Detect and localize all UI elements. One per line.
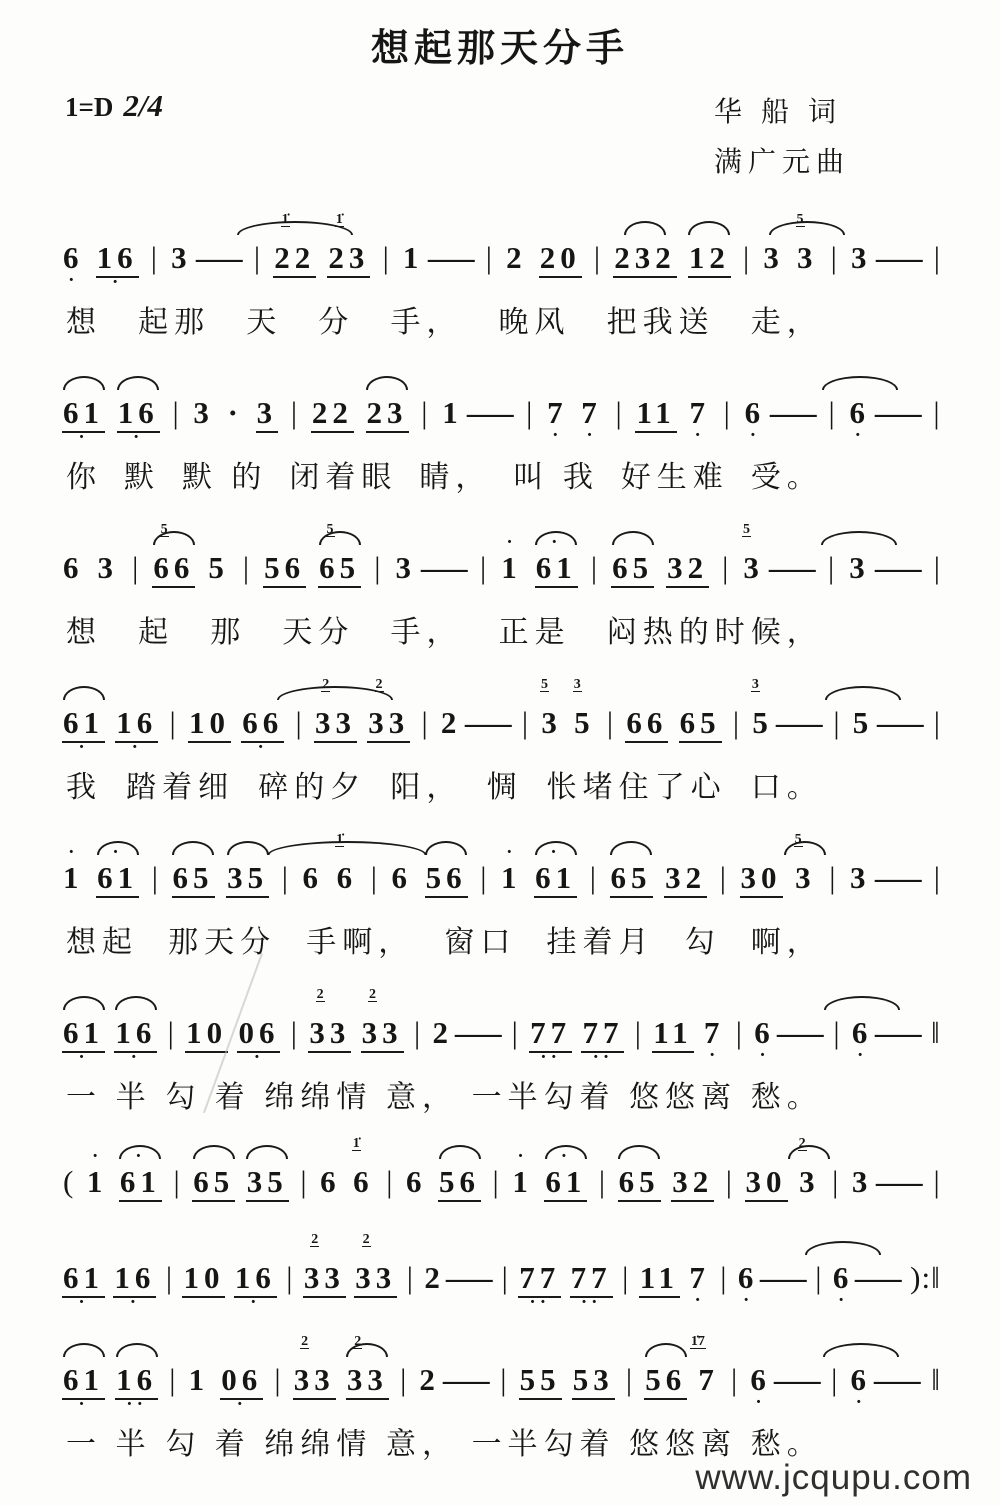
octave-dot-above	[382, 228, 391, 240]
note-token: ·61	[534, 848, 577, 910]
music-system-6: 61· 16· | 10 06· | 2 33 2 33 | 2 — | 77·…	[62, 1003, 942, 1118]
octave-dot-below: ·	[755, 1398, 765, 1410]
octave-dot-below	[328, 433, 337, 445]
note-token: 16·	[113, 1248, 156, 1310]
note-token: 5	[207, 538, 230, 598]
octave-dot-above	[430, 1248, 439, 1260]
octave-dot-above	[525, 383, 534, 395]
octave-dot-above	[535, 1248, 544, 1260]
octave-dot-below	[507, 586, 516, 598]
octave-dot-below	[536, 1400, 545, 1412]
grace-note: 2	[798, 1137, 807, 1151]
music-system-3: 6 3 | 5 66 5 | 56 5 65 | 3 — | ·1 ·61 | …	[62, 538, 942, 653]
notes-row: 61· 16· | 10 66· | 2 33 2 33 | 2 — | 5 3…	[62, 693, 942, 755]
octave-dot-below: ·	[709, 1051, 719, 1063]
octave-dot-above	[756, 1350, 765, 1362]
octave-dot-above	[521, 693, 530, 705]
octave-dot-above	[589, 848, 598, 860]
note-token: 6·	[848, 383, 871, 443]
octave-dot-below	[172, 431, 181, 443]
octave-dot-below: ··	[540, 1053, 561, 1065]
octave-dot-below	[556, 278, 565, 290]
barline: |	[742, 228, 751, 288]
octave-dot-above	[478, 1003, 487, 1015]
note-token: 30	[745, 1152, 788, 1214]
note-token: ·1	[511, 1152, 534, 1212]
octave-dot-above	[587, 1248, 596, 1260]
octave-dot-below	[730, 1398, 739, 1410]
note-token: —	[784, 693, 822, 753]
note-token: 2 33	[361, 1003, 404, 1065]
note-token: 22	[311, 383, 354, 445]
octave-dot-above	[899, 1152, 908, 1164]
octave-dot-below	[421, 741, 430, 753]
lyric-group: 受。	[751, 458, 823, 498]
note-token: 12	[688, 228, 731, 290]
note-token: —	[454, 1248, 492, 1308]
octave-dot-above	[831, 1152, 840, 1164]
octave-dot-above	[406, 1248, 415, 1260]
grace-note: 2	[316, 988, 325, 1002]
note-text: —	[873, 550, 930, 586]
octave-dot-below	[399, 1398, 408, 1410]
note-token: 6·	[749, 1350, 772, 1410]
octave-dot-below	[406, 1296, 415, 1308]
grace-note: 5	[742, 523, 751, 537]
note-text: —	[454, 1015, 511, 1051]
octave-dot-below	[485, 276, 494, 288]
note-token: 1	[441, 383, 464, 443]
octave-dot-above	[599, 1003, 608, 1015]
barline: |	[150, 228, 159, 288]
octave-dot-above	[625, 1350, 634, 1362]
barline: |	[735, 1003, 744, 1063]
note-token: —	[885, 693, 923, 753]
octave-dot-below	[308, 896, 317, 908]
octave-dot-below	[371, 1298, 380, 1310]
octave-dot-below	[167, 1051, 176, 1063]
octave-dot-below	[621, 1296, 630, 1308]
octave-dot-above	[150, 228, 159, 240]
grace-note: 3	[751, 678, 760, 692]
octave-dot-above	[290, 1003, 299, 1015]
octave-dot-below	[792, 431, 801, 443]
notes-row: 61· 16· | 3 · 3 | 22 23 | 1 — | 7· 7· | …	[62, 383, 942, 445]
octave-dot-below: ·	[132, 743, 142, 755]
slur-arc	[227, 841, 269, 855]
note-text: —	[873, 1362, 930, 1398]
note-token: 16··	[115, 1350, 158, 1412]
octave-dot-above	[310, 1350, 319, 1362]
note-token: 5 3	[742, 538, 765, 598]
note-token: 61·	[62, 1003, 105, 1065]
octave-dot-above	[200, 1248, 209, 1260]
barline: |	[719, 1248, 728, 1308]
lyrics-row: 我踏着细碎的夕阳，惆怅堵住了心口。	[62, 755, 823, 808]
lyric-group: 天	[246, 303, 282, 343]
slur-arc	[63, 1343, 105, 1357]
note-token: 7·	[688, 383, 711, 443]
octave-dot-above	[172, 383, 181, 395]
barline: |	[399, 1350, 408, 1410]
octave-dot-below	[877, 1296, 886, 1308]
octave-dot-above	[255, 1003, 264, 1015]
lyric-group: 起	[138, 613, 174, 653]
octave-dot-above	[830, 228, 839, 240]
music-system-7: ( ·1 ·61 | 65 35 | 6 1̇ 6 | 6 56 | ·1 ·6…	[62, 1152, 942, 1214]
slur-arc	[612, 531, 654, 545]
note-token: —	[883, 1003, 921, 1063]
octave-dot-above	[792, 383, 801, 395]
octave-dot-below	[231, 431, 240, 443]
grace-note: 1̇7	[690, 1335, 706, 1349]
octave-dot-below	[200, 1298, 209, 1310]
octave-dot-below	[800, 1051, 809, 1063]
octave-dot-below	[173, 1200, 182, 1212]
lyric-group: 闭着眼	[289, 458, 397, 498]
notes-row: 6 3 | 5 66 5 | 56 5 65 | 3 — | ·1 ·61 | …	[62, 538, 942, 600]
lyric-group: 我	[66, 768, 102, 808]
note-token: 6·	[851, 1003, 874, 1063]
octave-dot-below	[300, 1200, 309, 1212]
octave-dot-above	[933, 848, 942, 860]
octave-dot-below	[274, 1398, 283, 1410]
slur-arc	[624, 221, 666, 235]
note-token: 6	[319, 1152, 342, 1212]
octave-dot-below	[280, 588, 289, 600]
note-token: 61·	[62, 1350, 105, 1412]
lyric-group: 正是	[499, 613, 571, 653]
note-token: ·1	[86, 1152, 109, 1212]
grace-note: 5	[160, 523, 169, 537]
note-token: ·1	[62, 848, 85, 908]
octave-dot-above	[897, 383, 906, 395]
octave-dot-above	[856, 848, 865, 860]
note-token: 6·	[832, 1248, 855, 1308]
octave-dot-below	[898, 276, 907, 288]
note-token: —	[777, 538, 815, 598]
barline: |	[373, 538, 382, 598]
note-token: 2 33	[303, 1248, 346, 1310]
music-system-8: 61· 16· | 10 16· | 2 33 2 33 | 2 — | 77·…	[62, 1248, 942, 1310]
note-token: 56	[425, 848, 468, 910]
octave-dot-above	[556, 228, 565, 240]
octave-dot-below	[518, 1200, 527, 1212]
note-token: 2	[423, 1248, 446, 1308]
note-token: 2	[431, 1003, 454, 1063]
octave-dot-below	[385, 1200, 394, 1212]
octave-dot-above	[300, 1152, 309, 1164]
lyric-group: 晚风	[499, 303, 571, 343]
octave-dot-above	[642, 693, 651, 705]
grace-note: 2	[353, 1335, 362, 1349]
barline: |	[593, 228, 602, 288]
octave-dot-below	[359, 1200, 368, 1212]
octave-dot-below	[769, 276, 778, 288]
octave-dot-below	[263, 433, 272, 445]
music-system-9: 61· 16·· | 1 06· | 2 33 2 33 | 2 — | 55 …	[62, 1350, 942, 1465]
octave-dot-above	[710, 1003, 719, 1015]
slur-arc	[618, 1145, 660, 1159]
octave-dot-below	[683, 588, 692, 600]
octave-dot-below: ·	[254, 1053, 264, 1065]
grace-note: 1̇	[352, 1137, 361, 1151]
lyric-group: 惆	[487, 768, 523, 808]
octave-dot-below	[933, 1200, 942, 1212]
note-token: 16·	[115, 693, 158, 755]
octave-dot-above	[131, 538, 140, 550]
note-token: 6	[405, 1152, 428, 1212]
note-text: —	[767, 550, 824, 586]
octave-dot-above	[401, 538, 410, 550]
octave-dot-below	[921, 1296, 930, 1308]
octave-dot-above	[512, 228, 521, 240]
note-token: 65	[192, 1152, 235, 1214]
octave-dot-below	[218, 276, 227, 288]
barline: |	[730, 1350, 739, 1410]
octave-dot-below	[827, 586, 836, 598]
notes-row: 61· 16· | 10 06· | 2 33 2 33 | 2 — | 77·…	[62, 1003, 942, 1065]
note-token: 16·	[96, 228, 139, 290]
barline: |	[814, 1248, 823, 1308]
octave-dot-below	[590, 586, 599, 598]
lyric-group: 窗口	[444, 923, 516, 963]
note-token: 1̇7 7	[697, 1350, 720, 1410]
octave-dot-above	[169, 693, 178, 705]
note-token: 53	[572, 1350, 615, 1412]
slur-arc	[119, 1145, 161, 1159]
note-token: 1	[188, 1350, 211, 1410]
lyric-group: 口。	[751, 768, 823, 808]
octave-dot-below	[625, 1398, 634, 1410]
barline: |	[634, 1003, 643, 1063]
note-token: 3	[192, 383, 215, 443]
octave-dot-above	[897, 538, 906, 550]
octave-dot-above	[730, 1350, 739, 1362]
octave-dot-below	[242, 586, 251, 598]
octave-dot-above	[69, 538, 78, 550]
octave-dot-below	[641, 278, 650, 290]
barline: |	[828, 383, 837, 443]
grace-note: 1̇	[335, 833, 344, 847]
octave-dot-below	[438, 1051, 447, 1063]
lyric-group: 勾	[165, 1425, 201, 1465]
note-token: 3	[851, 1152, 874, 1212]
octave-dot-above	[231, 383, 240, 395]
note-token: —	[883, 383, 921, 443]
octave-dot-below	[202, 1053, 211, 1065]
octave-dot-below	[469, 1296, 478, 1308]
octave-dot-below	[165, 1296, 174, 1308]
barline: |	[933, 848, 942, 908]
octave-dot-above	[757, 848, 766, 860]
octave-dot-below	[704, 1398, 713, 1410]
note-token: 32	[671, 1152, 714, 1214]
octave-dot-below: ·	[78, 743, 88, 755]
note-token: 6	[391, 848, 414, 908]
octave-dot-below	[479, 896, 488, 908]
octave-dot-below	[652, 433, 661, 445]
note-token: —	[778, 383, 816, 443]
octave-dot-below	[933, 431, 942, 443]
note-token: 61·	[62, 693, 105, 755]
grace-note: 2	[362, 1233, 371, 1247]
octave-dot-below: ·	[750, 431, 760, 443]
octave-dot-above	[681, 848, 690, 860]
octave-dot-below	[932, 1051, 941, 1063]
slur-arc	[535, 841, 577, 855]
note-token: 3	[850, 228, 873, 288]
octave-dot-below: ··	[581, 1298, 602, 1310]
lyric-group: 半	[116, 1078, 152, 1118]
barline: |	[721, 538, 730, 598]
octave-dot-above	[237, 1350, 246, 1362]
octave-dot-above	[359, 1152, 368, 1164]
octave-dot-below	[593, 276, 602, 288]
octave-dot-above	[719, 848, 728, 860]
octave-dot-below	[782, 1296, 791, 1308]
octave-dot-below	[199, 431, 208, 443]
octave-dot-below	[331, 743, 340, 755]
octave-dot-below	[799, 741, 808, 753]
octave-dot-below	[103, 586, 112, 598]
barline: ‖	[930, 1350, 942, 1410]
lyric-group: 走，	[751, 303, 823, 343]
lyric-group: 着	[215, 1078, 251, 1118]
octave-dot-above	[490, 383, 499, 395]
lyric-group: 你	[66, 458, 102, 498]
slur-arc	[645, 1343, 687, 1357]
note-token: 66	[625, 693, 668, 755]
note-token: 3	[848, 538, 871, 598]
lyric-group: 手，	[390, 303, 462, 343]
octave-dot-below	[720, 1296, 729, 1308]
note-token: 1̇ 23	[327, 228, 370, 290]
octave-dot-above	[328, 383, 337, 395]
octave-dot-below	[897, 1398, 906, 1410]
octave-dot-below	[732, 741, 741, 753]
octave-dot-above	[553, 383, 562, 395]
octave-dot-below	[113, 898, 122, 910]
lyrics-row: 一半勾着绵绵情意，一半勾着悠悠离愁。	[62, 1065, 823, 1118]
octave-dot-below: ·	[78, 433, 88, 445]
note-token: 2 33	[308, 1003, 351, 1065]
octave-dot-below	[669, 1053, 678, 1065]
music-system-1: 6· 16· | 3 — | 1̇ 22 1̇ 23 | 1 — | 2 20 …	[62, 228, 942, 343]
lyric-group: 踏着细	[126, 768, 234, 808]
octave-dot-above	[280, 538, 289, 550]
octave-dot-above	[744, 1248, 753, 1260]
note-token: 16·	[234, 1248, 277, 1310]
octave-dot-below	[661, 1400, 670, 1412]
slur-arc	[366, 376, 408, 390]
lyric-group: 一	[66, 1425, 102, 1465]
octave-dot-below	[479, 586, 488, 598]
note-token: —	[473, 693, 511, 753]
note-token: ·61	[535, 538, 578, 600]
slur-arc	[535, 531, 577, 545]
octave-dot-below	[425, 1398, 434, 1410]
octave-dot-above	[448, 383, 457, 395]
note-token: 65	[610, 848, 653, 910]
barline: |	[382, 228, 391, 288]
octave-dot-above	[932, 1003, 941, 1015]
octave-dot-below	[797, 1398, 806, 1410]
octave-dot-below	[189, 898, 198, 910]
octave-dot-below	[792, 586, 801, 598]
note-text: —	[194, 240, 251, 276]
octave-dot-below	[857, 276, 866, 288]
octave-dot-above	[587, 383, 596, 395]
octave-dot-below	[290, 431, 299, 443]
octave-dot-below	[580, 741, 589, 753]
octave-dot-above	[589, 1350, 598, 1362]
octave-dot-above	[593, 228, 602, 240]
barline: |	[169, 693, 178, 753]
note-token: —	[883, 538, 921, 598]
octave-dot-below	[898, 896, 907, 908]
barline: |	[151, 848, 160, 908]
lyric-group: 那	[210, 613, 246, 653]
octave-dot-above	[214, 538, 223, 550]
barline: |	[167, 1003, 176, 1063]
note-token: 06·	[220, 1350, 263, 1412]
note-token: 1̇ 22	[273, 228, 316, 290]
octave-dot-below	[688, 1202, 697, 1214]
slur-arc	[97, 841, 139, 855]
octave-dot-above	[897, 1003, 906, 1015]
barline: |	[831, 1152, 840, 1212]
octave-dot-above	[479, 538, 488, 550]
slur-arc	[63, 996, 105, 1010]
octave-dot-below	[384, 743, 393, 755]
octave-dot-below	[855, 586, 864, 598]
note-token: —	[436, 228, 474, 288]
barline: |	[485, 228, 494, 288]
composer-credit: 满广元曲	[714, 138, 850, 188]
octave-dot-above	[921, 1248, 930, 1260]
octave-dot-below	[742, 276, 751, 288]
note-token: 10	[188, 693, 231, 755]
octave-dot-above	[69, 228, 78, 240]
barline: |	[832, 1003, 841, 1063]
octave-dot-below	[345, 278, 354, 290]
octave-dot-below	[933, 586, 942, 598]
octave-dot-above	[290, 383, 299, 395]
octave-dot-below	[589, 896, 598, 908]
barline: |	[420, 383, 429, 443]
octave-dot-below: ·	[112, 278, 122, 290]
octave-dot-below	[552, 588, 561, 600]
octave-dot-below	[547, 741, 556, 753]
song-title: 想起那天分手	[0, 0, 1000, 72]
note-text: —	[874, 1164, 931, 1200]
barline: |	[501, 1248, 510, 1308]
octave-dot-below	[378, 1053, 387, 1065]
note-token: —	[883, 848, 921, 908]
lyric-group: 半	[116, 1425, 152, 1465]
note-token: —	[884, 1152, 922, 1212]
octave-dot-below	[828, 896, 837, 908]
note-token: 65	[172, 848, 215, 910]
barline: |	[525, 383, 534, 443]
lyric-group: 意，	[386, 1425, 458, 1465]
note-token: 23	[366, 383, 409, 445]
lyrics-row: 你默默 的闭着眼睛，叫 我好生难受。	[62, 445, 823, 498]
lyric-group: 碎的夕	[258, 768, 366, 808]
octave-dot-below	[735, 1051, 744, 1063]
octave-dot-above	[425, 1350, 434, 1362]
